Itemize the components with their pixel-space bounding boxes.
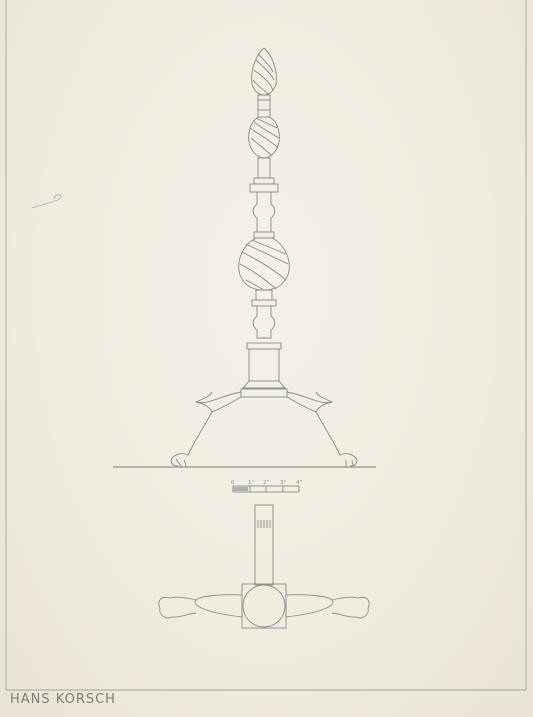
border-frame [6, 0, 526, 690]
scale-labels: 01"2"3"4" [231, 480, 302, 486]
artist-signature: HANS KORSCH [10, 692, 116, 707]
stray-mark [32, 195, 61, 208]
svg-text:2": 2" [263, 480, 269, 486]
pencil-drawing: 01"2"3"4" [0, 0, 533, 717]
drawing-sheet: 01"2"3"4" HANS KORSCH [0, 0, 533, 717]
elevation-view [113, 48, 376, 467]
svg-text:4": 4" [296, 480, 302, 486]
plan-view [159, 505, 369, 628]
svg-text:1": 1" [248, 480, 254, 486]
svg-text:0: 0 [231, 480, 235, 486]
svg-text:3": 3" [280, 480, 286, 486]
scale-bar [233, 486, 299, 492]
